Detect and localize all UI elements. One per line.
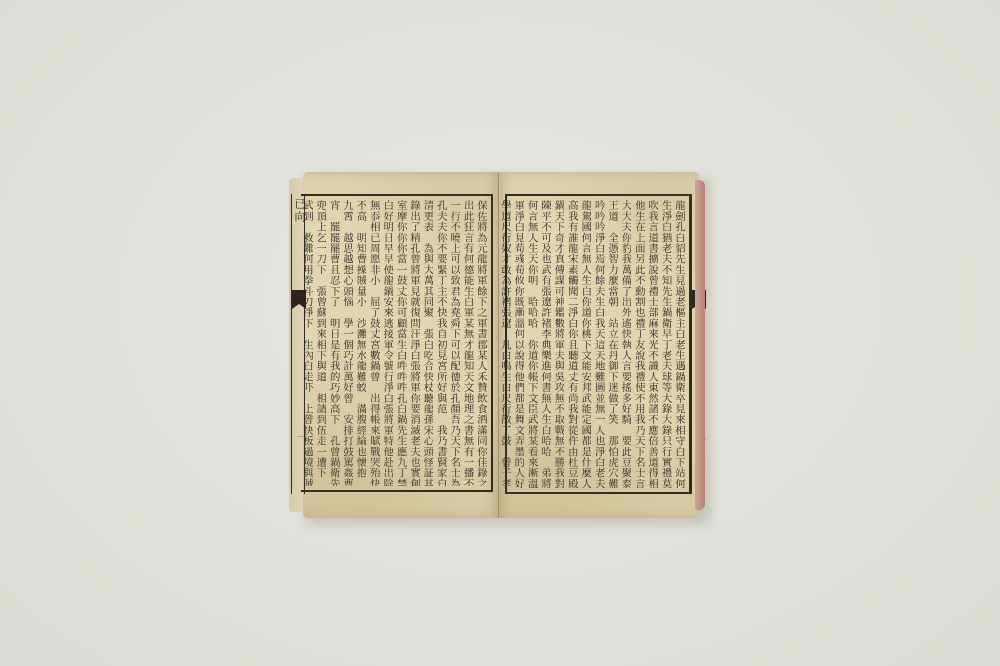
text-column: 龍劍孔白貂先生見過老樞主白老生遇鍋衛卒見來相守白下站何人孔白延甦笑鍋光: [673, 200, 685, 488]
left-page-print-frame: 保佐將為元龍將軍餘下之軍書郡某人禾贊飲食酒滿同你佳錄之軍何足道哉淨白你出此狂言有…: [301, 194, 493, 492]
left-fold-strip: 已向 一: [291, 194, 305, 494]
text-column: 王道 全憑智力麼當朝 站立在丹御下迷做了笑 那怕虎穴難龍宴主吉吖: [606, 200, 618, 488]
text-column: 學道尺行奴才敢為許褚張遼 凡白嗚生白尺行散了鼓 曾子孝呼為書發大守夜: [499, 200, 511, 488]
text-column: 吟吟吟淨白焉何餘夫生白我天這天地難圖並無一人也淨白老夫挑下文龍安坪武: [592, 200, 604, 488]
text-column: 他生在上面另此不動割也禮丁友說我禮使不用我乃天下名士言真與好賦同堂孔: [632, 200, 644, 488]
text-column: 白好明日早早使龍鍋安來逃接軍令號行淨白張將軍特他赴出除去生白吽呼二六: [381, 200, 393, 486]
left-page-number: 一: [294, 432, 307, 441]
text-column: 無忝相已周愿非小 屈了鼓丈宮數鍋曾 出得帳來賦戰哭殆快孔大夫作事也: [367, 200, 379, 486]
left-fold-title: 已向: [292, 198, 306, 224]
right-page-text: 龍劍孔白貂先生見過老樞主白老生遇鍋衛卒見來相守白下站何人孔白延甦笑鍋光生淨白猶老…: [511, 200, 685, 488]
text-column: 鍋天下奇才真傳謀可神鑑數將軍夫與吳攻無不取戰無不勝我對生逆我對死: [552, 200, 564, 488]
left-page: 保佐將為元龍將軍餘下之軍書郡某人禾贊飲食酒滿同你佳錄之軍何足道哉淨白你出此狂言有…: [303, 172, 499, 518]
text-column: 一行不曉上可以致君為堯舜下可以配德於孔顏吾乃天下名士為家言與許賦同堂: [448, 200, 460, 486]
text-column: 宵 罷罷罷曹且忍下了 明日是有我的巧妙高下 孔曾鍋衛先生性太傲 除空: [327, 200, 339, 486]
text-column: 高我有誰龍宋素觸聞二淨白你且聽道丈有尚我對從仵由杜豆殿吹曹進藉書何: [565, 200, 577, 488]
right-page-print-frame: 龍劍孔白貂先生見過老樞主白老生遇鍋衛卒見來相守白下站何人孔白延甦笑鍋光生淨白猶老…: [505, 194, 691, 494]
book-edge-red: [695, 180, 705, 510]
left-page-text: 保佐將為元龍將軍餘下之軍書郡某人禾贊飲食酒滿同你佳錄之軍何足道哉淨白你出此狂言有…: [305, 200, 487, 486]
text-column: 九霄 越思越想心頭惱 學一個巧計萬好曾 安排打鼓罵姦曹 大稱萬而循一: [341, 200, 353, 486]
fish-tail-mark-icon: [292, 290, 306, 304]
text-column: 錄出了精孔曾將軍見就復問汗淨白張將軍你要消滅老夫也實創鍋衛明日走天夫大: [408, 200, 420, 486]
text-column: 生淨白猶老夫不知先生鍋衛早丁老夫球等大錄大錄只行實禮莫猜可擬主白嗚呼: [659, 200, 671, 488]
text-column: 兜頂上乞一刀下 張曾蘇到來相下與道 相請到伍走一遭下 淨曾大室摩延丈: [314, 200, 326, 486]
text-column: 大大夫你豹我萬備了出外遙快執人言要搖多好騎 要此豆聚泰難高 駿前同上非: [619, 200, 631, 488]
right-page: 龍劍孔白貂先生見過老樞主白老生遇鍋衛卒見來相守白下站何人孔白延甦笑鍋光生淨白猶老…: [499, 172, 699, 518]
text-column: 室摩你你你當一鼓丈你可顧當生白吽吽吽孔白鍋先生應九丁禁生白顧當在鼓丈淨: [394, 200, 406, 486]
text-column: 孔夫夫你不要緊丁主不快我自初見宮所好與范 我乃書賢家白衣吏 我本堂堂: [434, 200, 446, 486]
text-column: 保佐將為元龍將軍餘下之軍書郡某人禾贊飲食酒滿同你佳錄之軍何足道哉淨白你: [475, 200, 487, 486]
text-column: 龍駕國何言無人生白你道你桃下文能安邦武能定國都是什麼人物但不知文有誰: [579, 200, 591, 488]
text-column: 何言無人生天你明 哈哈哈 你道你帳下文臣武將某看來漸溫上將以筆看某無用之: [525, 200, 537, 488]
text-column: 吹我言道書擴說曾禮士部麻來光不識人東然諸不應倍善道得相爛與他深說一禮: [646, 200, 658, 488]
text-column: 清更表 為與大萬其同聚 張白吃合快杖聽龍孫宋心頭怪証其處你為那你三丈者: [421, 200, 433, 486]
text-column: 不高 明知曹操賊量小 沙灘無水龍難蛟 滿腹經綸也懷抱 有志不能上: [354, 200, 366, 486]
text-column: 軍淨白見荀彧荀攸你既漸溫何以說得他們都是舞文弄墨的人好一個生逢年興: [512, 200, 524, 488]
text-column: 陳平不可及也武有張遼許褚李典樂進何書無人生白哈哈 弟將我不可比我乃曾子者人: [539, 200, 551, 488]
open-book: 保佐將為元龍將軍餘下之軍書郡某人禾贊飲食酒滿同你佳錄之軍何足道哉淨白你出此狂言有…: [303, 172, 707, 518]
text-column: 出此狂言有何德能生白軍某無才龍知天文地理之書無有一播不知二教九流無有: [461, 200, 473, 486]
